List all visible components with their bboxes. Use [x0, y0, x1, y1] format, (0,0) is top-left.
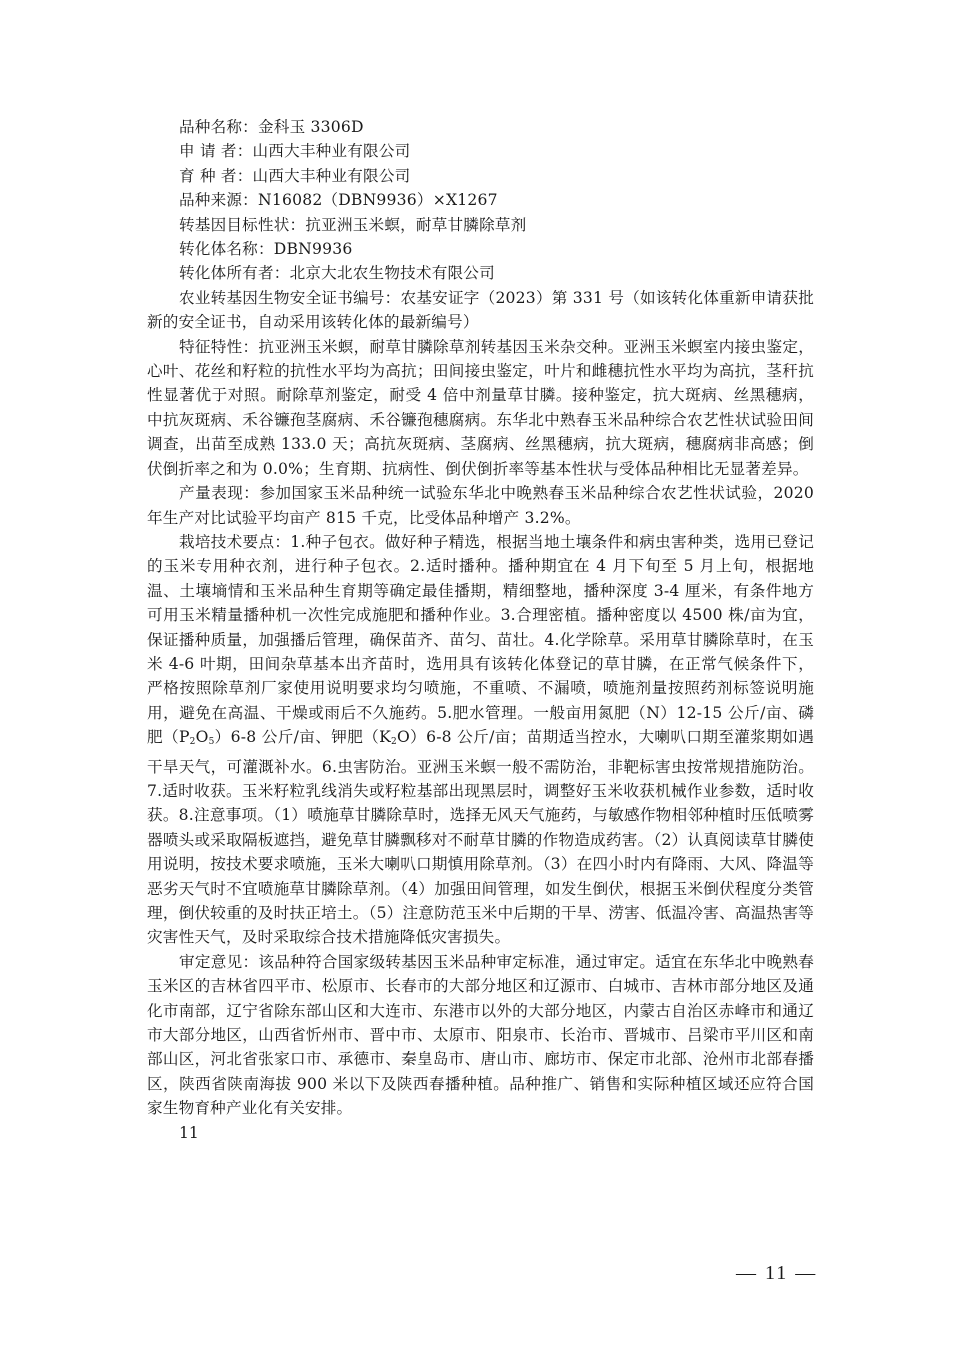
paragraph-characteristics: 特征特性：抗亚洲玉米螟，耐草甘膦除草剂转基因玉米杂交种。亚洲玉米螟室内接虫鉴定，…: [147, 335, 814, 481]
field-event-owner: 转化体所有者：北京大北农生物技术有限公司: [147, 261, 814, 285]
field-label: 申 请 者：: [179, 142, 253, 160]
cultivation-text: O: [196, 728, 209, 746]
paragraph-approval: 审定意见：该品种符合国家级转基因玉米品种审定标准，通过审定。适宜在东华北中晚熟春…: [147, 950, 814, 1121]
field-label: 转化体所有者：: [179, 264, 290, 282]
field-value: 山西大丰种业有限公司: [253, 142, 411, 160]
cultivation-text: ）6-8 公斤/亩、钾肥（K: [215, 728, 392, 746]
entry-number: 11: [147, 1121, 814, 1145]
field-event-name: 转化体名称：DBN9936: [147, 237, 814, 261]
field-value: 金科玉 3306D: [258, 118, 364, 136]
field-label: 转化体名称：: [179, 240, 274, 258]
field-applicant: 申 请 者：山西大丰种业有限公司: [147, 139, 814, 163]
page-number: — 11 —: [736, 1262, 817, 1285]
field-value: 抗亚洲玉米螟，耐草甘膦除草剂: [305, 216, 526, 234]
field-value: N16082（DBN9936）×X1267: [258, 191, 498, 209]
field-source: 品种来源：N16082（DBN9936）×X1267: [147, 188, 814, 212]
paragraph-certificate: 农业转基因生物安全证书编号：农基安证字（2023）第 331 号（如该转化体重新…: [147, 286, 814, 335]
field-target-traits: 转基因目标性状：抗亚洲玉米螟，耐草甘膦除草剂: [147, 213, 814, 237]
field-breeder: 育 种 者：山西大丰种业有限公司: [147, 164, 814, 188]
field-variety-name: 品种名称：金科玉 3306D: [147, 115, 814, 139]
field-label: 转基因目标性状：: [179, 216, 305, 234]
field-label: 育 种 者：: [179, 167, 253, 185]
field-label: 品种名称：: [179, 118, 258, 136]
field-value: 山西大丰种业有限公司: [253, 167, 411, 185]
cultivation-text: 栽培技术要点：1.种子包衣。做好种子精选，根据当地土壤条件和病虫害种类，选用已登…: [147, 533, 814, 746]
document-body: 品种名称：金科玉 3306D 申 请 者：山西大丰种业有限公司 育 种 者：山西…: [147, 115, 814, 1145]
field-value: DBN9936: [274, 240, 353, 258]
field-value: 北京大北农生物技术有限公司: [290, 264, 495, 282]
paragraph-yield: 产量表现：参加国家玉米品种统一试验东华北中晚熟春玉米品种综合农艺性状试验，202…: [147, 481, 814, 530]
paragraph-cultivation: 栽培技术要点：1.种子包衣。做好种子精选，根据当地土壤条件和病虫害种类，选用已登…: [147, 530, 814, 950]
cultivation-text: O）6-8 公斤/亩；苗期适当控水，大喇叭口期至灌浆期如遇干旱天气，可灌溉补水。…: [147, 728, 814, 946]
field-label: 品种来源：: [179, 191, 258, 209]
